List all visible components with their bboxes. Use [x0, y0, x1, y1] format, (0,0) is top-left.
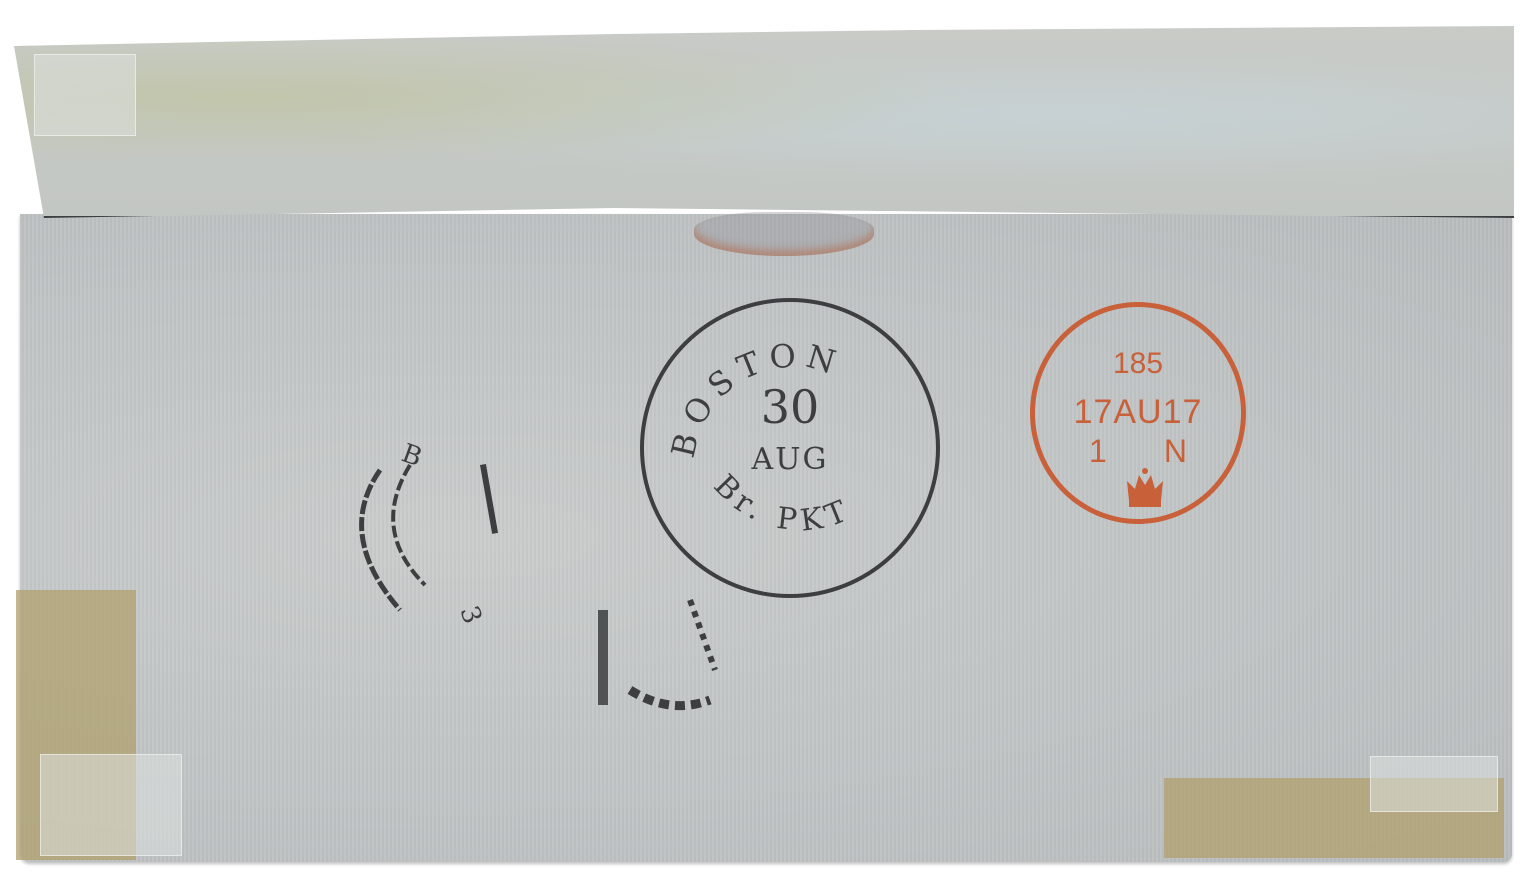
boston-postmark: BOSTON Br. PKT 30 AUG [640, 298, 940, 598]
wax-seal-stain [694, 212, 874, 256]
crown-icon [1123, 467, 1167, 509]
handstamp-fragment [580, 590, 730, 720]
envelope-flap [14, 18, 1514, 218]
svg-text:B: B [398, 438, 426, 473]
london-year: 185 [1035, 347, 1241, 381]
svg-text:Br. PKT: Br. PKT [707, 468, 858, 539]
london-codes: 1 N [1035, 433, 1241, 470]
boston-month: AUG [644, 442, 936, 477]
london-code-left: 1 [1089, 433, 1107, 470]
clear-tape-left [40, 754, 182, 856]
london-date: 17AU17 [1035, 393, 1241, 432]
clear-tape-right [1370, 756, 1498, 812]
partial-postmark: B 3 [340, 410, 520, 640]
london-postmark: 185 17AU17 1 N [1030, 302, 1246, 524]
clear-tape-top [34, 54, 136, 136]
boston-day: 30 [644, 380, 936, 434]
boston-bottom-text: Br. PKT [707, 468, 858, 539]
svg-text:3: 3 [453, 602, 487, 628]
london-code-right: N [1164, 433, 1187, 470]
